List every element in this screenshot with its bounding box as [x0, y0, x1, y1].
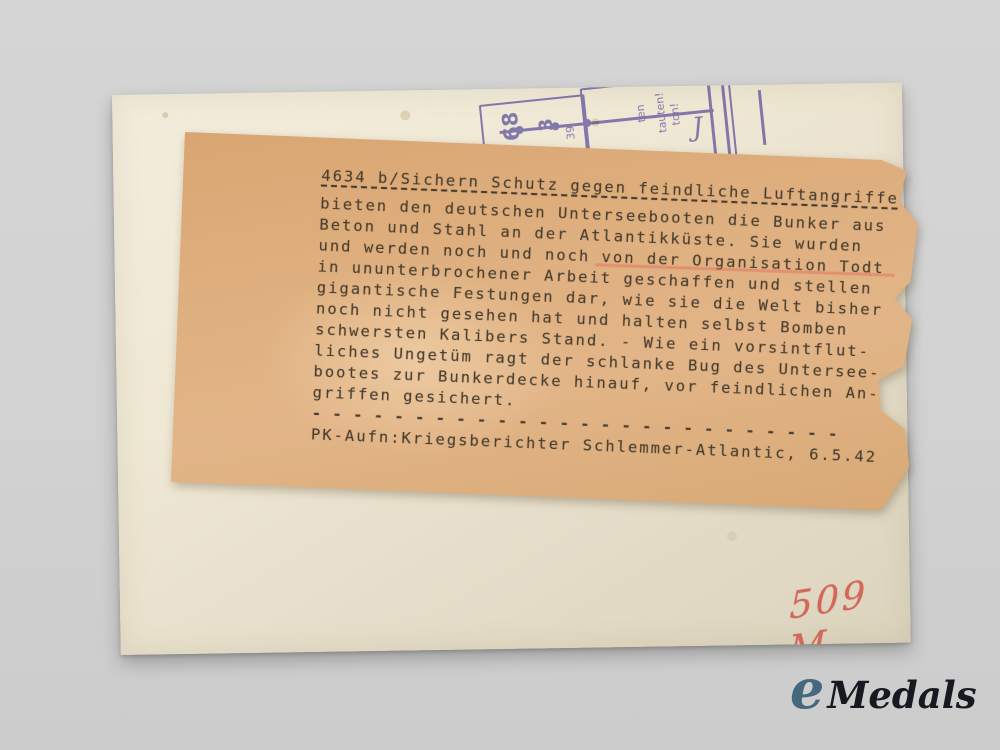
- stamp-divider: [758, 90, 766, 145]
- paper-stains: [162, 112, 168, 118]
- emedals-watermark: e Medals: [790, 662, 977, 716]
- stamp-text-fragment: ten: [634, 104, 649, 123]
- stamp-text-fragment: ton!: [668, 102, 683, 126]
- caption-paper-surface: 4634 b/Sichern Schutz gegen feindliche L…: [171, 132, 924, 511]
- inventory-number-handwritten: 509 M: [788, 565, 910, 655]
- scan-background: 68 3 39 ten tauten! ton! J 509 M 4634 b/…: [0, 0, 1000, 750]
- stamp-text-fragment: 39: [563, 125, 577, 140]
- caption-paper: 4634 b/Sichern Schutz gegen feindliche L…: [171, 132, 924, 511]
- typed-caption-block: 4634 b/Sichern Schutz gegen feindliche L…: [311, 166, 907, 469]
- stamp-text-fragment: 3: [535, 117, 558, 132]
- stamp-text-fragment: 68: [498, 111, 525, 143]
- emedals-logo-text: Medals: [827, 677, 976, 714]
- emedals-logo-e-icon: e: [790, 662, 824, 716]
